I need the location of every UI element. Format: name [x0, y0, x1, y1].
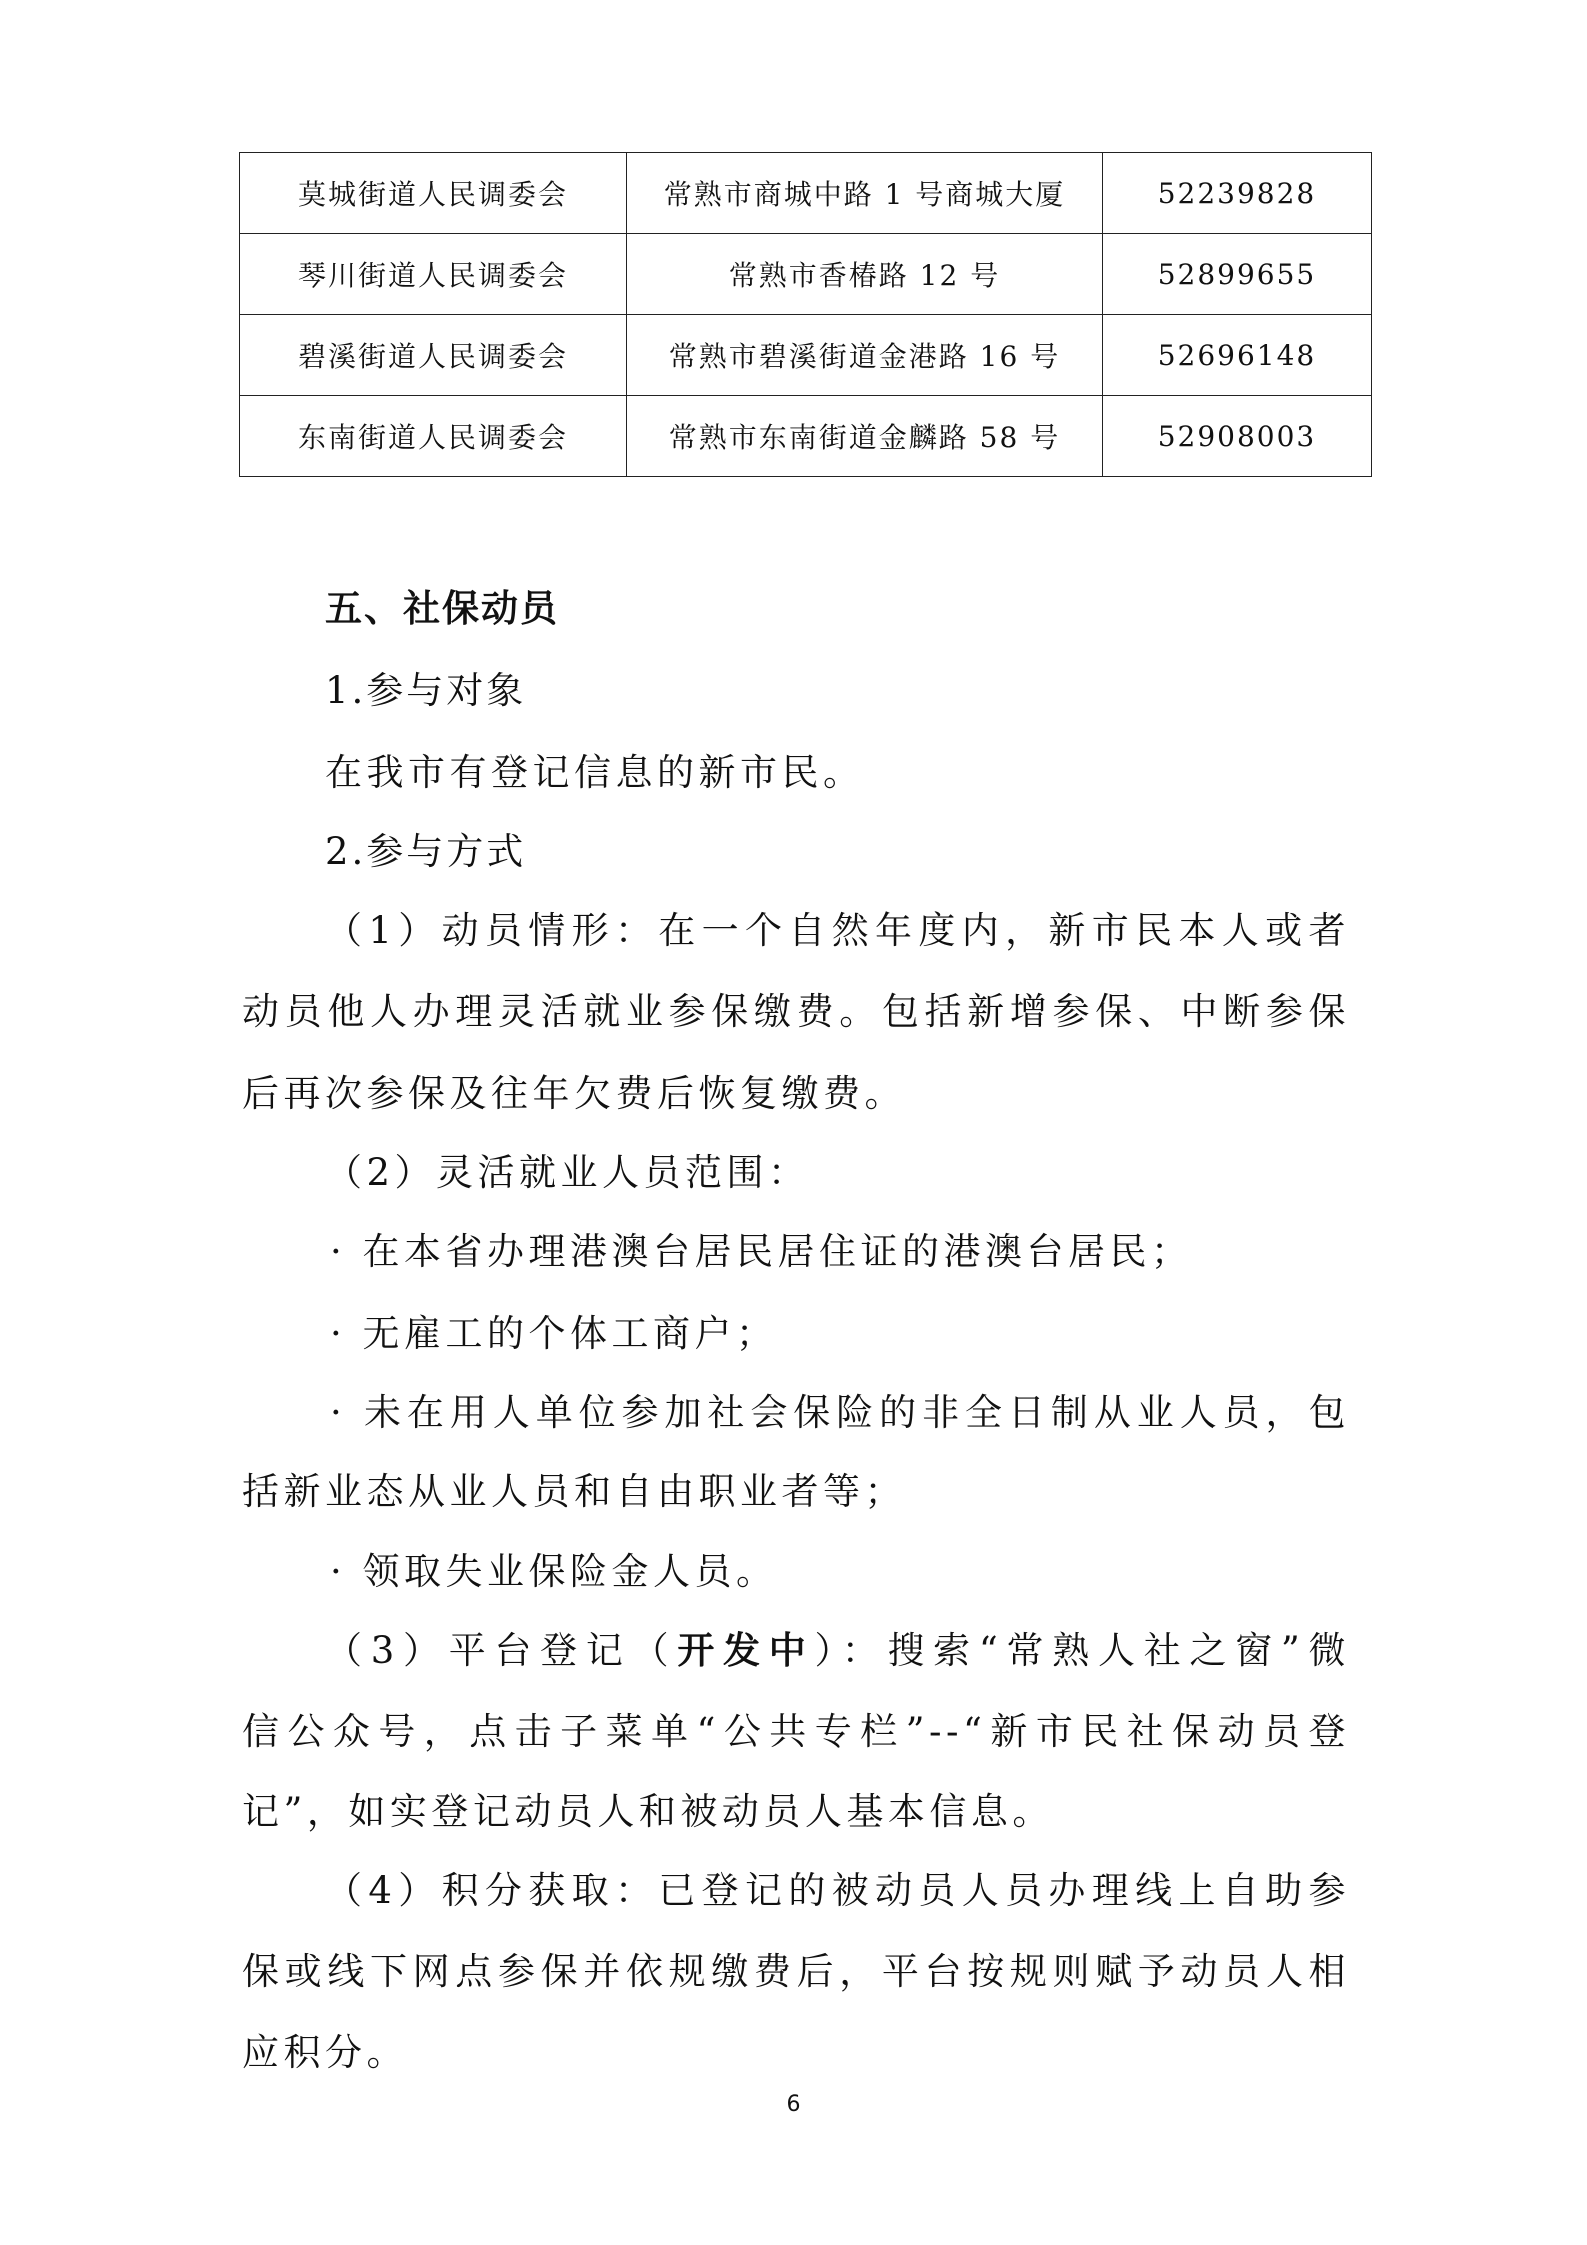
paragraph-line: （1）动员情形：在一个自然年度内，新市民本人或者 — [325, 891, 1350, 971]
committee-address: 常熟市东南街道金麟路 58 号 — [627, 396, 1103, 477]
table-row: 碧溪街道人民调委会 常熟市碧溪街道金港路 16 号 52696148 — [240, 315, 1372, 396]
page-number: 6 — [0, 2092, 1587, 2117]
committee-address: 常熟市香椿路 12 号 — [627, 234, 1103, 315]
table-row: 琴川街道人民调委会 常熟市香椿路 12 号 52899655 — [240, 234, 1372, 315]
committee-phone: 52239828 — [1103, 153, 1372, 234]
paragraph-line: 动员他人办理灵活就业参保缴费。包括新增参保、中断参保 — [242, 972, 1350, 1052]
paragraph-line: （3）平台登记（开发中）：搜索“常熟人社之窗”微 — [325, 1611, 1350, 1691]
list-item: · 无雇工的个体工商户； — [330, 1294, 1350, 1374]
in-development-label: 开发中 — [677, 1629, 814, 1672]
paragraph-line: （4）积分获取：已登记的被动员人员办理线上自助参 — [325, 1851, 1350, 1931]
paragraph-line: 后再次参保及往年欠费后恢复缴费。 — [242, 1054, 1350, 1134]
committee-name: 东南街道人民调委会 — [240, 396, 627, 477]
subheading-participants: 1.参与对象 — [325, 651, 1350, 731]
paragraph-line: 信公众号，点击子菜单“公共专栏”--“新市民社保动员登 — [242, 1692, 1350, 1772]
list-item-continuation: 括新业态从业人员和自由职业者等； — [242, 1452, 1350, 1532]
committee-address: 常熟市商城中路 1 号商城大厦 — [627, 153, 1103, 234]
paragraph-line: 应积分。 — [242, 2013, 1350, 2093]
committee-name: 琴川街道人民调委会 — [240, 234, 627, 315]
committee-address: 常熟市碧溪街道金港路 16 号 — [627, 315, 1103, 396]
platform-register-prefix: （3）平台登记（ — [325, 1629, 677, 1672]
section-heading: 五、社保动员 — [325, 569, 1350, 649]
mediation-committee-table: 莫城街道人民调委会 常熟市商城中路 1 号商城大厦 52239828 琴川街道人… — [239, 152, 1372, 477]
subheading-method: 2.参与方式 — [325, 812, 1350, 892]
list-item: · 在本省办理港澳台居民居住证的港澳台居民； — [330, 1212, 1350, 1292]
paragraph-line: 保或线下网点参保并依规缴费后，平台按规则赋予动员人相 — [242, 1932, 1350, 2012]
list-item: · 领取失业保险金人员。 — [330, 1532, 1350, 1612]
platform-register-suffix: ）：搜索“常熟人社之窗”微 — [815, 1629, 1351, 1672]
list-item: · 未在用人单位参加社会保险的非全日制从业人员，包 — [330, 1373, 1350, 1453]
committee-phone: 52899655 — [1103, 234, 1372, 315]
table-row: 东南街道人民调委会 常熟市东南街道金麟路 58 号 52908003 — [240, 396, 1372, 477]
participants-body: 在我市有登记信息的新市民。 — [325, 733, 1350, 813]
paragraph-line: 记”，如实登记动员人和被动员人基本信息。 — [242, 1772, 1350, 1852]
table-row: 莫城街道人民调委会 常熟市商城中路 1 号商城大厦 52239828 — [240, 153, 1372, 234]
committee-name: 莫城街道人民调委会 — [240, 153, 627, 234]
committee-phone: 52908003 — [1103, 396, 1372, 477]
committee-phone: 52696148 — [1103, 315, 1372, 396]
committee-name: 碧溪街道人民调委会 — [240, 315, 627, 396]
paragraph-line: （2）灵活就业人员范围： — [325, 1133, 1350, 1213]
